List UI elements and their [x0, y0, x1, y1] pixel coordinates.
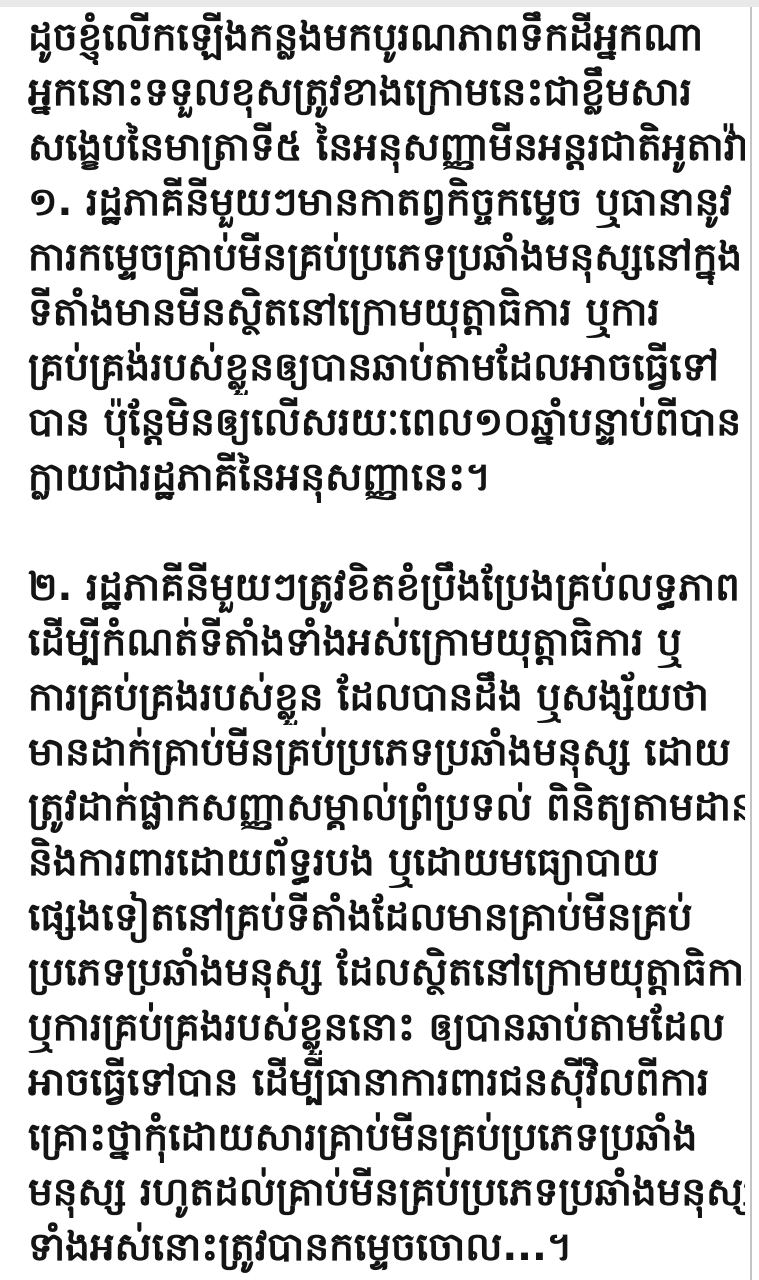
- text-line: ឬការគ្រប់គ្រងរបស់ខ្លួននោះ ឲ្យបានឆាប់តាមដ…: [28, 1000, 745, 1055]
- text-line: មនុស្ស រហូតដល់គ្រាប់មីនគ្រប់ប្រភេទប្រឆាំ…: [28, 1165, 745, 1220]
- text-line: សង្ខេបនៃមាត្រាទី៥ នៃអនុសញ្ញាមីនអន្តរជាតិ…: [28, 120, 745, 175]
- text-line: ១. រដ្ឋភាគីនីមួយៗមានកាតព្វកិច្ចកម្ទេច ឬធ…: [28, 175, 745, 230]
- text-line: អាចធ្វើទៅបាន ដើម្បីធានាការពារជនស៊ីវិលពីក…: [28, 1055, 745, 1110]
- paragraph: ១. រដ្ឋភាគីនីមួយៗមានកាតព្វកិច្ចកម្ទេច ឬធ…: [28, 175, 745, 505]
- text-line: ការគ្រប់គ្រងរបស់ខ្លួន ដែលបានដឹង ឬសង្ស័យថ…: [28, 670, 745, 725]
- text-line: ក្លាយជារដ្ឋភាគីនៃអនុសញ្ញានេះ។: [28, 450, 745, 505]
- top-edge-strip: [0, 0, 759, 7]
- text-line: ត្រូវដាក់ផ្លាកសញ្ញាសម្គាល់ព្រំប្រទល់ ពិន…: [28, 780, 745, 835]
- text-line: គ្រប់គ្រង់របស់ខ្លួនឲ្យបានឆាប់តាមដែលអាចធ្…: [28, 340, 745, 395]
- text-line: គ្រោះថ្នាកុំដោយសារគ្រាប់មីនគ្រប់ប្រភេទប្…: [28, 1110, 745, 1165]
- text-line: ប្រភេទប្រឆាំងមនុស្ស ដែលស្ថិតនៅក្រោមយុត្ត…: [28, 945, 745, 1000]
- text-line: ទាំងអស់នោះត្រូវបានកម្ទេចចោល...។: [28, 1220, 745, 1275]
- text-line: អ្នកនោះទទួលខុសត្រូវខាងក្រោមនេះជាខ្លឹមសារ: [28, 65, 745, 120]
- document-page: ដូចខ្ញុំលើកឡើងកន្លងមកបូរណភាពទឹកដីអ្នកណាអ…: [0, 0, 759, 1280]
- text-line: មានដាក់គ្រាប់មីនគ្រប់ប្រភេទប្រឆាំងមនុស្ស…: [28, 725, 745, 780]
- text-line: ដើម្បីកំណត់ទីតាំងទាំងអស់ក្រោមយុត្តាធិការ…: [28, 615, 745, 670]
- text-line: ដូចខ្ញុំលើកឡើងកន្លងមកបូរណភាពទឹកដីអ្នកណា: [28, 10, 745, 65]
- text-line: ការកម្ទេចគ្រាប់មីនគ្រប់ប្រភេទប្រឆាំងមនុស…: [28, 230, 745, 285]
- text-line: ២. រដ្ឋភាគីនីមួយៗត្រូវខិតខំប្រឹងប្រែងគ្រ…: [28, 560, 745, 615]
- paragraph: ដូចខ្ញុំលើកឡើងកន្លងមកបូរណភាពទឹកដីអ្នកណាអ…: [28, 10, 745, 175]
- right-edge-line: [750, 7, 752, 1280]
- text-line: បាន ប៉ុន្តែមិនឲ្យលើសរយៈពេល១០ឆ្នាំបន្ទាប់…: [28, 395, 745, 450]
- text-line: និងការពារដោយព័ទ្ធរបង ឬដោយមធ្យោបាយ: [28, 835, 745, 890]
- text-line: ផ្សេងទៀតនៅគ្រប់ទីតាំងដែលមានគ្រាប់មីនគ្រប…: [28, 890, 745, 945]
- document-body: ដូចខ្ញុំលើកឡើងកន្លងមកបូរណភាពទឹកដីអ្នកណាអ…: [28, 10, 745, 1275]
- text-line: ទីតាំងមានមីនស្ថិតនៅក្រោមយុត្តាធិការ ឬការ: [28, 285, 745, 340]
- paragraph: ២. រដ្ឋភាគីនីមួយៗត្រូវខិតខំប្រឹងប្រែងគ្រ…: [28, 560, 745, 1275]
